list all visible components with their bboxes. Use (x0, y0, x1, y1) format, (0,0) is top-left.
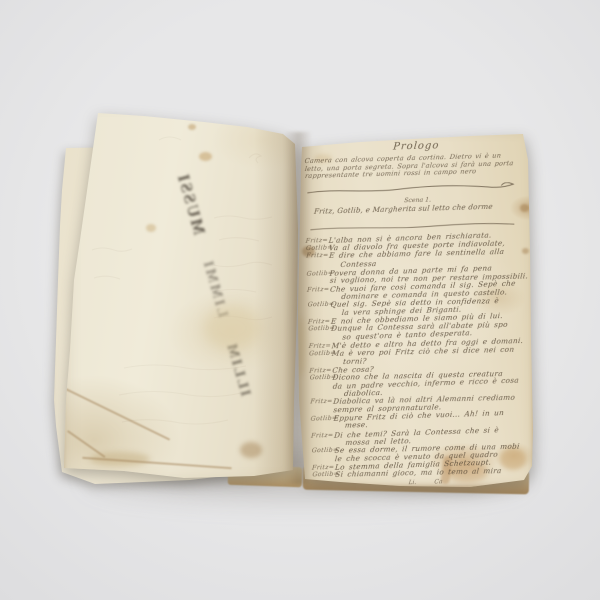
right-page-paper: Prologo Camera con alcova coperta da cor… (294, 126, 536, 490)
photo-old-manuscript: MUSSILIMMIILLIM (0, 0, 600, 600)
catchword: Ca (434, 478, 443, 485)
left-page: MUSSILIMMIILLIM (64, 100, 300, 484)
stain (199, 152, 212, 161)
stain (146, 224, 156, 232)
catchword: Li. (408, 479, 416, 486)
left-page-paper: MUSSILIMMIILLIM (64, 100, 300, 484)
stage-directions: Camera con alcova coperta da cortina. Di… (304, 152, 529, 181)
stain (188, 124, 196, 130)
flourish-rule (305, 182, 517, 196)
dialogue-text: mese. (345, 420, 369, 430)
right-page-gutter-shading (294, 126, 324, 490)
right-page: Prologo Camera con alcova coperta da cor… (294, 126, 536, 490)
stain (204, 306, 260, 350)
manuscript-text-block: Prologo Camera con alcova coperta da cor… (304, 138, 538, 489)
dialogue: Fritz=L'alba non si è ancora ben rischia… (307, 231, 538, 480)
